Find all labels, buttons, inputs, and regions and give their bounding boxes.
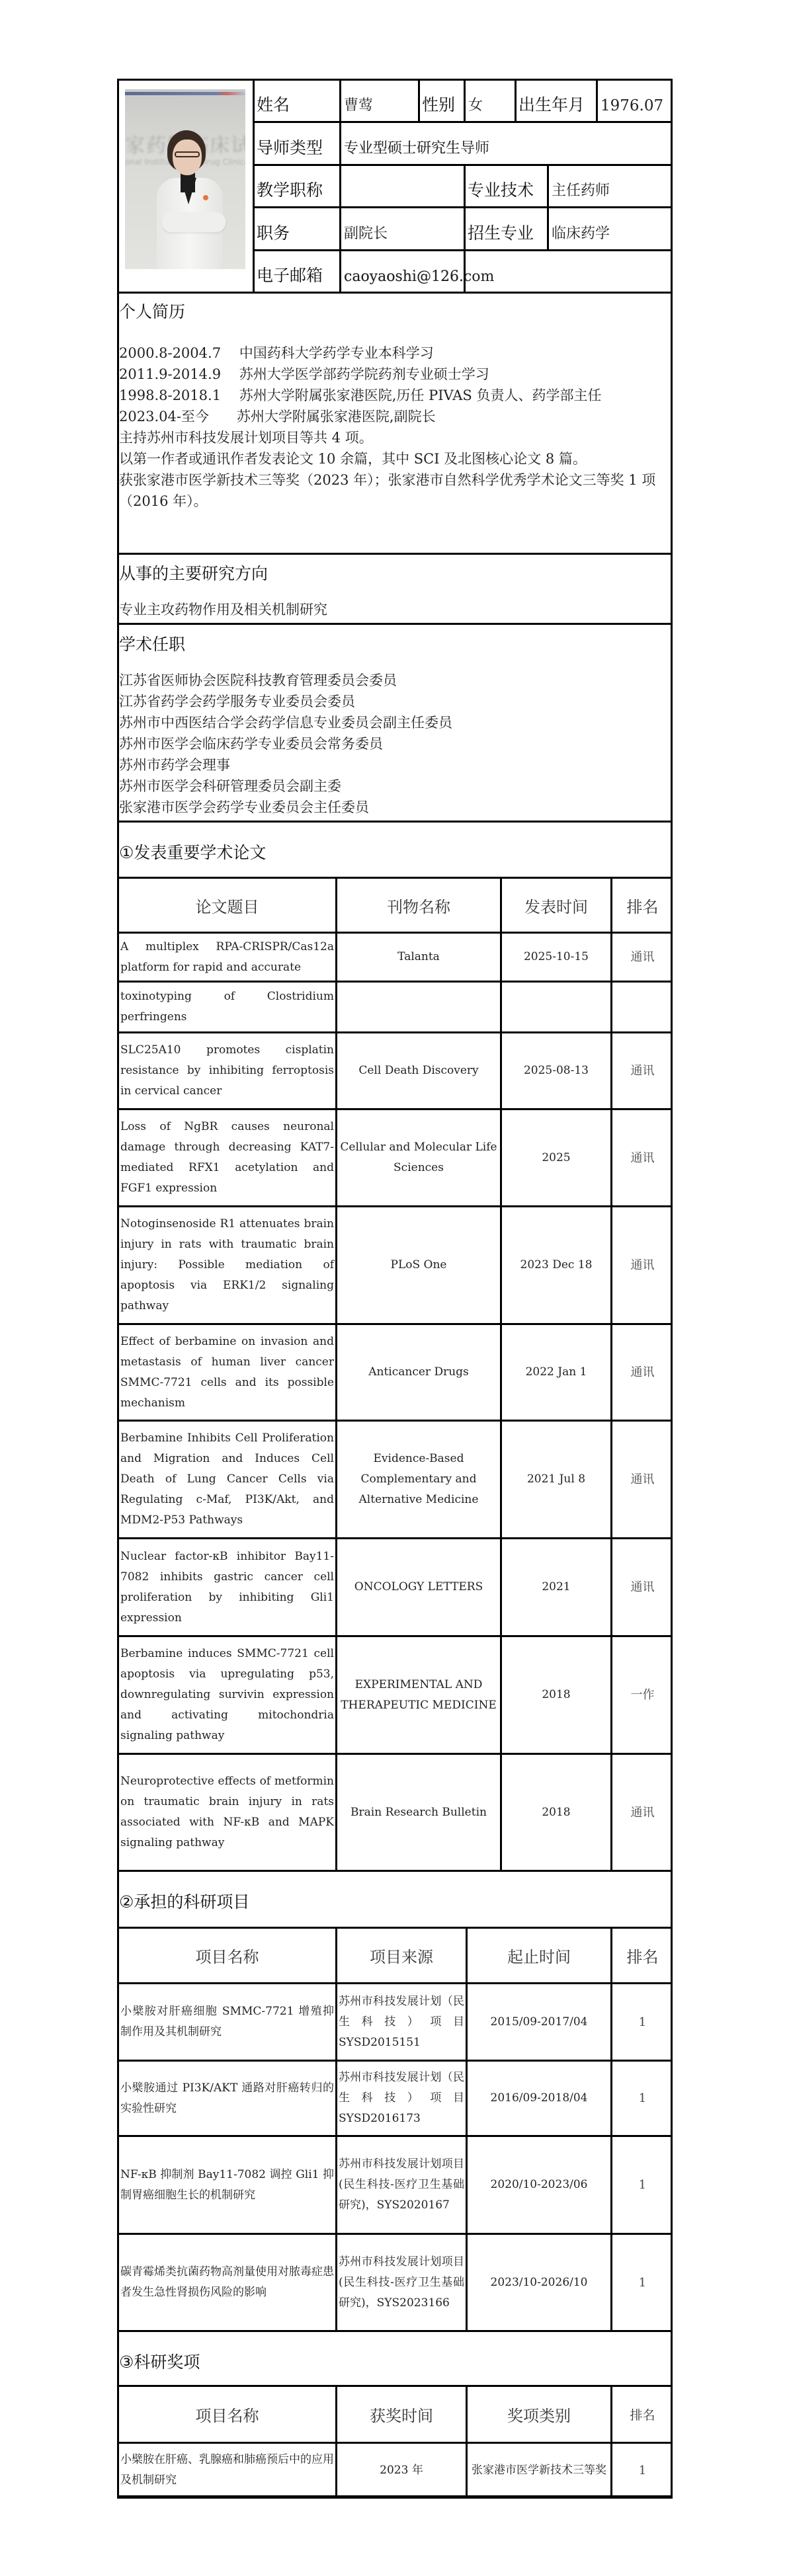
birth-label: 出生年月 <box>517 81 596 121</box>
email-label: 电子邮箱 <box>255 251 339 292</box>
academic-section: 学术任职 江苏省医师协会医院科技教育管理委员会委员江苏省药学会药学服务专业委员会… <box>119 631 671 818</box>
name-text: 小檗胺通过 PI3K/AKT 通路对肝癌转归的实验性研究 <box>120 2078 334 2119</box>
journal-text: Anticancer Drugs <box>368 1362 469 1383</box>
table-cell-name: 小檗胺通过 PI3K/AKT 通路对肝癌转归的实验性研究 <box>119 2062 335 2135</box>
table-cell-title: Berbamine induces SMMC-7721 cell apoptos… <box>119 1637 335 1753</box>
journal-text: PLoS One <box>391 1255 447 1275</box>
table-cell-rank: 通讯 <box>612 1325 673 1420</box>
table-cell-period: 2015/09-2017/04 <box>468 1984 610 2060</box>
column-header: 排名 <box>612 2387 673 2442</box>
table-cell-rank: 通讯 <box>612 1207 673 1323</box>
position-value: 副院长 <box>341 208 464 249</box>
academic-line: 苏州市中西医结合学会药学信息专业委员会副主任委员 <box>119 712 671 733</box>
table-cell-period: 2023/10-2026/10 <box>468 2235 610 2330</box>
table-cell-rank: 通讯 <box>612 1033 673 1108</box>
table-cell-date: 2025 <box>502 1110 610 1205</box>
table-cell-date: 2021 <box>502 1539 610 1635</box>
time-text: 2023 年 <box>380 2460 423 2481</box>
name-value: 曹莺 <box>341 81 418 121</box>
title-text: toxinotyping of Clostridium perfringens <box>120 986 334 1027</box>
title-text: A multiplex RPA-CRISPR/Cas12a platform f… <box>120 937 334 978</box>
major-label: 招生专业 <box>466 208 547 249</box>
table-cell-journal: ONCOLOGY LETTERS <box>337 1539 500 1635</box>
table-cell-title: Neuroprotective effects of metformin on … <box>119 1755 335 1870</box>
column-header: 刊物名称 <box>337 879 500 932</box>
table-cell-name: 碳青霉烯类抗菌药物高剂量使用对脓毒症患者发生急性肾损伤风险的影响 <box>119 2235 335 2330</box>
table-cell-time: 2023 年 <box>337 2444 466 2497</box>
major-value: 临床药学 <box>549 208 671 249</box>
title-text: Neuroprotective effects of metformin on … <box>120 1771 334 1853</box>
divider <box>117 2330 673 2332</box>
rank-text: 1 <box>639 2088 646 2109</box>
photo-wall-stripe <box>125 92 245 95</box>
column-header: 项目来源 <box>337 1929 466 1982</box>
table-cell-title: Notoginsenoside R1 attenuates brain inju… <box>119 1207 335 1323</box>
date-text: 2025-10-15 <box>524 947 589 967</box>
table-cell-date <box>502 983 610 1031</box>
table-cell-date: 2021 Jul 8 <box>502 1422 610 1537</box>
date-text: 2023 Dec 18 <box>520 1255 593 1275</box>
rank-text: 通讯 <box>631 1148 655 1168</box>
table-cell-rank: 通讯 <box>612 1755 673 1870</box>
teaching-title-label: 教学职称 <box>255 166 339 206</box>
column-header: 获奖时间 <box>337 2387 466 2442</box>
divider <box>117 1870 673 1872</box>
academic-line: 苏州市医学会科研管理委员会副主委 <box>119 776 671 797</box>
table-cell-rank: 一作 <box>612 1637 673 1753</box>
journal-text: Brain Research Bulletin <box>351 1802 487 1823</box>
rank-text: 通讯 <box>631 1469 655 1490</box>
rank-text: 通讯 <box>631 1061 655 1081</box>
photo-badge <box>203 195 208 200</box>
category-text: 张家港市医学新技术三等奖 <box>472 2460 606 2481</box>
academic-line: 张家港市医学会药学专业委员会主任委员 <box>119 797 671 818</box>
journal-text: Talanta <box>397 947 440 967</box>
table-cell-journal: Talanta <box>337 934 500 981</box>
rank-text: 1 <box>639 2460 646 2481</box>
table-cell-journal: Brain Research Bulletin <box>337 1755 500 1870</box>
table-cell-journal: EXPERIMENTAL AND THERAPEUTIC MEDICINE <box>337 1637 500 1753</box>
column-header: 项目名称 <box>119 1929 335 1982</box>
table-cell-title: toxinotyping of Clostridium perfringens <box>119 983 335 1031</box>
resume-line: 获张家港市医学新技术三等奖（2023 年）；张家港市自然科学优秀学术论文三等奖 … <box>119 469 671 512</box>
table-cell-rank: 1 <box>612 1984 673 2060</box>
date-text: 2025 <box>542 1148 570 1168</box>
rank-text: 通讯 <box>631 1362 655 1383</box>
resume-title: 个人简历 <box>119 299 671 323</box>
rank-text: 1 <box>639 2012 646 2033</box>
table-cell-journal: Cellular and Molecular Life Sciences <box>337 1110 500 1205</box>
name-text: 小檗胺在肝癌、乳腺癌和肺癌预后中的应用及机制研究 <box>120 2450 334 2491</box>
column-header: 排名 <box>612 879 673 932</box>
tech-title-label: 专业技术 <box>466 166 547 206</box>
table-cell-rank: 1 <box>612 2444 673 2497</box>
tech-title-value: 主任药师 <box>549 166 671 206</box>
academic-line: 苏州市医学会临床药学专业委员会常务委员 <box>119 733 671 754</box>
column-header: 项目名称 <box>119 2387 335 2442</box>
column-header: 论文题目 <box>119 879 335 932</box>
title-text: Berbamine Inhibits Cell Proliferation an… <box>120 1428 334 1531</box>
rank-text: 通讯 <box>631 1802 655 1823</box>
table-cell-name: NF-κB 抑制剂 Bay11-7082 调控 Gli1 抑制胃癌细胞生长的机制… <box>119 2137 335 2233</box>
resume-line: 2000.8-2004.7 中国药科大学药学专业本科学习 <box>119 342 671 364</box>
mentor-type-value-display: 专业型硕士研究生导师 <box>341 123 671 164</box>
email-value-display[interactable]: caoyaoshi@126.com <box>341 251 671 292</box>
table-cell-title: Berbamine Inhibits Cell Proliferation an… <box>119 1422 335 1537</box>
table-cell-category: 张家港市医学新技术三等奖 <box>468 2444 610 2497</box>
period-text: 2020/10-2023/06 <box>491 2175 588 2195</box>
gender-label: 性别 <box>420 81 464 121</box>
resume-line: 以第一作者或通讯作者发表论文 10 余篇，其中 SCI 及北图核心论文 8 篇。 <box>119 448 671 469</box>
awards-title: ③科研奖项 <box>119 2349 200 2373</box>
source-text: 苏州市科技发展计划项目(民生科技-医疗卫生基础研究)，SYS2020167 <box>339 2154 464 2216</box>
journal-text: EXPERIMENTAL AND THERAPEUTIC MEDICINE <box>337 1675 500 1716</box>
papers-title: ①发表重要学术论文 <box>119 840 266 864</box>
table-cell-date: 2023 Dec 18 <box>502 1207 610 1323</box>
source-text: 苏州市科技发展计划（民生科技）项目 SYSD2016173 <box>339 2068 464 2129</box>
academic-title: 学术任职 <box>119 631 671 655</box>
photo-arms <box>162 212 226 232</box>
resume-line: 主持苏州市科技发展计划项目等共 4 项。 <box>119 427 671 448</box>
photo-glasses <box>175 151 200 157</box>
rank-text: 通讯 <box>631 1577 655 1597</box>
table-cell-rank <box>612 983 673 1031</box>
table-cell-journal <box>337 983 500 1031</box>
academic-line: 苏州市药学会理事 <box>119 754 671 776</box>
journal-text: Evidence-Based Complementary and Alterna… <box>337 1449 500 1510</box>
divider <box>117 623 673 625</box>
table-cell-title: Effect of berbamine on invasion and meta… <box>119 1325 335 1420</box>
title-text: SLC25A10 promotes cisplatin resistance b… <box>120 1040 334 1102</box>
birth-value: 1976.07 <box>598 81 671 121</box>
mentor-type-label: 导师类型 <box>255 123 339 164</box>
column-header: 起止时间 <box>468 1929 610 1982</box>
table-cell-rank: 1 <box>612 2235 673 2330</box>
rank-text: 通讯 <box>631 1255 655 1275</box>
name-label: 姓名 <box>255 81 339 121</box>
resume-line: 2023.04-至今 苏州大学附属张家港医院,副院长 <box>119 406 671 427</box>
resume-line: 2011.9-2014.9 苏州大学医学部药学院药剂专业硕士学习 <box>119 364 671 385</box>
table-cell-source: 苏州市科技发展计划（民生科技）项目 SYSD2016173 <box>337 2062 466 2135</box>
divider <box>117 292 673 294</box>
table-cell-period: 2016/09-2018/04 <box>468 2062 610 2135</box>
date-text: 2021 Jul 8 <box>527 1469 585 1490</box>
table-cell-journal: Anticancer Drugs <box>337 1325 500 1420</box>
table-cell-rank: 通讯 <box>612 1422 673 1537</box>
period-text: 2023/10-2026/10 <box>491 2273 588 2293</box>
date-text: 2018 <box>542 1802 570 1823</box>
rank-text: 一作 <box>631 1685 655 1705</box>
academic-list: 江苏省医师协会医院科技教育管理委员会委员江苏省药学会药学服务专业委员会委员苏州市… <box>119 670 671 818</box>
name-text: 碳青霉烯类抗菌药物高剂量使用对脓毒症患者发生急性肾损伤风险的影响 <box>120 2262 334 2303</box>
table-cell-rank: 1 <box>612 2137 673 2233</box>
resume-line: 1998.8-2018.1 苏州大学附属张家港医院,历任 PIVAS 负责人、药… <box>119 385 671 406</box>
table-cell-name: 小檗胺对肝癌细胞 SMMC-7721 增殖抑制作用及其机制研究 <box>119 1984 335 2060</box>
table-cell-period: 2020/10-2023/06 <box>468 2137 610 2233</box>
source-text: 苏州市科技发展计划项目(民生科技-医疗卫生基础研究)，SYS2023166 <box>339 2252 464 2314</box>
table-cell-title: A multiplex RPA-CRISPR/Cas12a platform f… <box>119 934 335 981</box>
table-cell-journal: PLoS One <box>337 1207 500 1323</box>
date-text: 2025-08-13 <box>524 1061 589 1081</box>
table-cell-date: 2018 <box>502 1637 610 1753</box>
name-text: NF-κB 抑制剂 Bay11-7082 调控 Gli1 抑制胃癌细胞生长的机制… <box>120 2165 334 2206</box>
profile-photo: 家药物临床试验机构 onal Institution for Drug Clin… <box>125 89 245 269</box>
research-text: 专业主攻药物作用及相关机制研究 <box>119 599 671 620</box>
title-text: Notoginsenoside R1 attenuates brain inju… <box>120 1214 334 1316</box>
table-cell-date: 2018 <box>502 1755 610 1870</box>
table-cell-journal: Cell Death Discovery <box>337 1033 500 1108</box>
table-cell-rank: 通讯 <box>612 934 673 981</box>
period-text: 2016/09-2018/04 <box>491 2088 588 2109</box>
rank-text: 1 <box>639 2175 646 2195</box>
column-header: 奖项类别 <box>468 2387 610 2442</box>
date-text: 2021 <box>542 1577 570 1597</box>
resume-list: 2000.8-2004.7 中国药科大学药学专业本科学习2011.9-2014.… <box>119 342 671 512</box>
academic-line: 江苏省医师协会医院科技教育管理委员会委员 <box>119 670 671 691</box>
table-cell-title: SLC25A10 promotes cisplatin resistance b… <box>119 1033 335 1108</box>
divider <box>117 553 673 555</box>
table-cell-date: 2025-10-15 <box>502 934 610 981</box>
divider <box>117 821 673 823</box>
research-section: 从事的主要研究方向 专业主攻药物作用及相关机制研究 <box>119 561 671 620</box>
resume-section: 个人简历 2000.8-2004.7 中国药科大学药学专业本科学习2011.9-… <box>119 299 671 512</box>
journal-text: ONCOLOGY LETTERS <box>354 1577 483 1597</box>
position-label: 职务 <box>255 208 339 249</box>
photo-face <box>173 140 202 175</box>
rank-text: 1 <box>639 2273 646 2293</box>
title-text: Berbamine induces SMMC-7721 cell apoptos… <box>120 1644 334 1746</box>
date-text: 2018 <box>542 1685 570 1705</box>
journal-text: Cell Death Discovery <box>358 1061 478 1081</box>
table-cell-title: Nuclear factor-κB inhibitor Bay11-7082 i… <box>119 1539 335 1635</box>
research-title: 从事的主要研究方向 <box>119 561 671 584</box>
table-cell-journal: Evidence-Based Complementary and Alterna… <box>337 1422 500 1537</box>
table-cell-date: 2022 Jan 1 <box>502 1325 610 1420</box>
source-text: 苏州市科技发展计划（民生科技）项目 SYSD2015151 <box>339 1992 464 2053</box>
table-cell-rank: 通讯 <box>612 1110 673 1205</box>
title-text: Loss of NgBR causes neuronal damage thro… <box>120 1117 334 1199</box>
name-text: 小檗胺对肝癌细胞 SMMC-7721 增殖抑制作用及其机制研究 <box>120 2001 334 2042</box>
table-cell-rank: 1 <box>612 2062 673 2135</box>
column-header: 发表时间 <box>502 879 610 932</box>
date-text: 2022 Jan 1 <box>526 1362 587 1383</box>
divider <box>117 2497 673 2499</box>
gender-value: 女 <box>466 81 515 121</box>
table-cell-date: 2025-08-13 <box>502 1033 610 1108</box>
journal-text: Cellular and Molecular Life Sciences <box>337 1137 500 1178</box>
title-text: Nuclear factor-κB inhibitor Bay11-7082 i… <box>120 1547 334 1629</box>
rank-text: 通讯 <box>631 947 655 967</box>
table-cell-name: 小檗胺在肝癌、乳腺癌和肺癌预后中的应用及机制研究 <box>119 2444 335 2497</box>
academic-line: 江苏省药学会药学服务专业委员会委员 <box>119 691 671 712</box>
period-text: 2015/09-2017/04 <box>491 2012 588 2033</box>
projects-title: ②承担的科研项目 <box>119 1889 249 1913</box>
title-text: Effect of berbamine on invasion and meta… <box>120 1332 334 1414</box>
table-cell-source: 苏州市科技发展计划项目(民生科技-医疗卫生基础研究)，SYS2020167 <box>337 2137 466 2233</box>
table-cell-rank: 通讯 <box>612 1539 673 1635</box>
table-cell-source: 苏州市科技发展计划（民生科技）项目 SYSD2015151 <box>337 1984 466 2060</box>
column-header: 排名 <box>612 1929 673 1982</box>
table-cell-source: 苏州市科技发展计划项目(民生科技-医疗卫生基础研究)，SYS2023166 <box>337 2235 466 2330</box>
table-cell-title: Loss of NgBR causes neuronal damage thro… <box>119 1110 335 1205</box>
